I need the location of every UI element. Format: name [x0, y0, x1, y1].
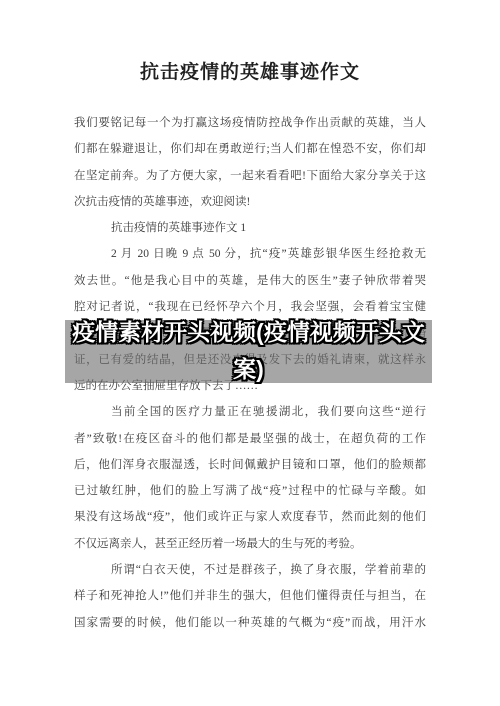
text-line: 我们要铭记每一个为打赢这场疫情防控战争作出贡献的英雄，当人	[74, 110, 426, 136]
text-line: 次抗击疫情的英雄事迹，欢迎阅读!	[74, 189, 426, 215]
text-line: 抗击疫情的英雄事迹作文 1	[74, 215, 426, 241]
text-line: 当前全国的医疗力量正在驰援湖北，我们要向这些“逆行	[74, 399, 426, 425]
text-line: 效去世。“他是我心目中的英雄，是伟大的医生”妻子钟欣带着哭	[74, 268, 426, 294]
document-page: 抗击疫情的英雄事迹作文 我们要铭记每一个为打赢这场疫情防控战争作出贡献的英雄，当…	[0, 0, 500, 706]
text-line: 2 月 20 日晚 9 点 50 分，抗“疫”英雄彭银华医生经抢救无	[74, 241, 426, 267]
text-line: 所谓“白衣天使，不过是群孩子，换了身衣服，学着前辈的	[74, 557, 426, 583]
text-line: 后，他们浑身衣服湿透，长时间佩戴护目镜和口罩，他们的脸颊都	[74, 452, 426, 478]
text-line: 在坚定前奔。为了方便大家，一起来看看吧!下面给大家分享关于这	[74, 163, 426, 189]
text-line: 国家需要的时候，他们能以一种英雄的气概为“疫”而战，用汗水	[74, 610, 426, 636]
text-line: 不仅远离亲人，甚至正经历着一场最大的生与死的考验。	[74, 531, 426, 557]
text-line: 腔对记者说，“我现在已经怀孕六个月，我会坚强，会看着宝宝健	[74, 294, 426, 320]
text-line: 果没有这场战“疫”，他们或许正与家人欢度春节，然而此刻的他们	[74, 504, 426, 530]
page-title: 抗击疫情的英雄事迹作文	[0, 57, 500, 84]
video-banner-overlay[interactable]	[65, 320, 432, 383]
text-line: 们都在躲避退让，你们却在勇敢逆行;当人们都在惶恐不安，你们却	[74, 136, 426, 162]
text-line: 已过敏红肿，他们的脸上写满了战“疫”过程中的忙碌与辛酸。如	[74, 478, 426, 504]
text-line: 者”致敬!在疫区奋斗的他们都是最坚强的战士，在超负荷的工作	[74, 426, 426, 452]
text-line: 样子和死神抢人!”他们并非生的强大，但他们懂得责任与担当，在	[74, 583, 426, 609]
